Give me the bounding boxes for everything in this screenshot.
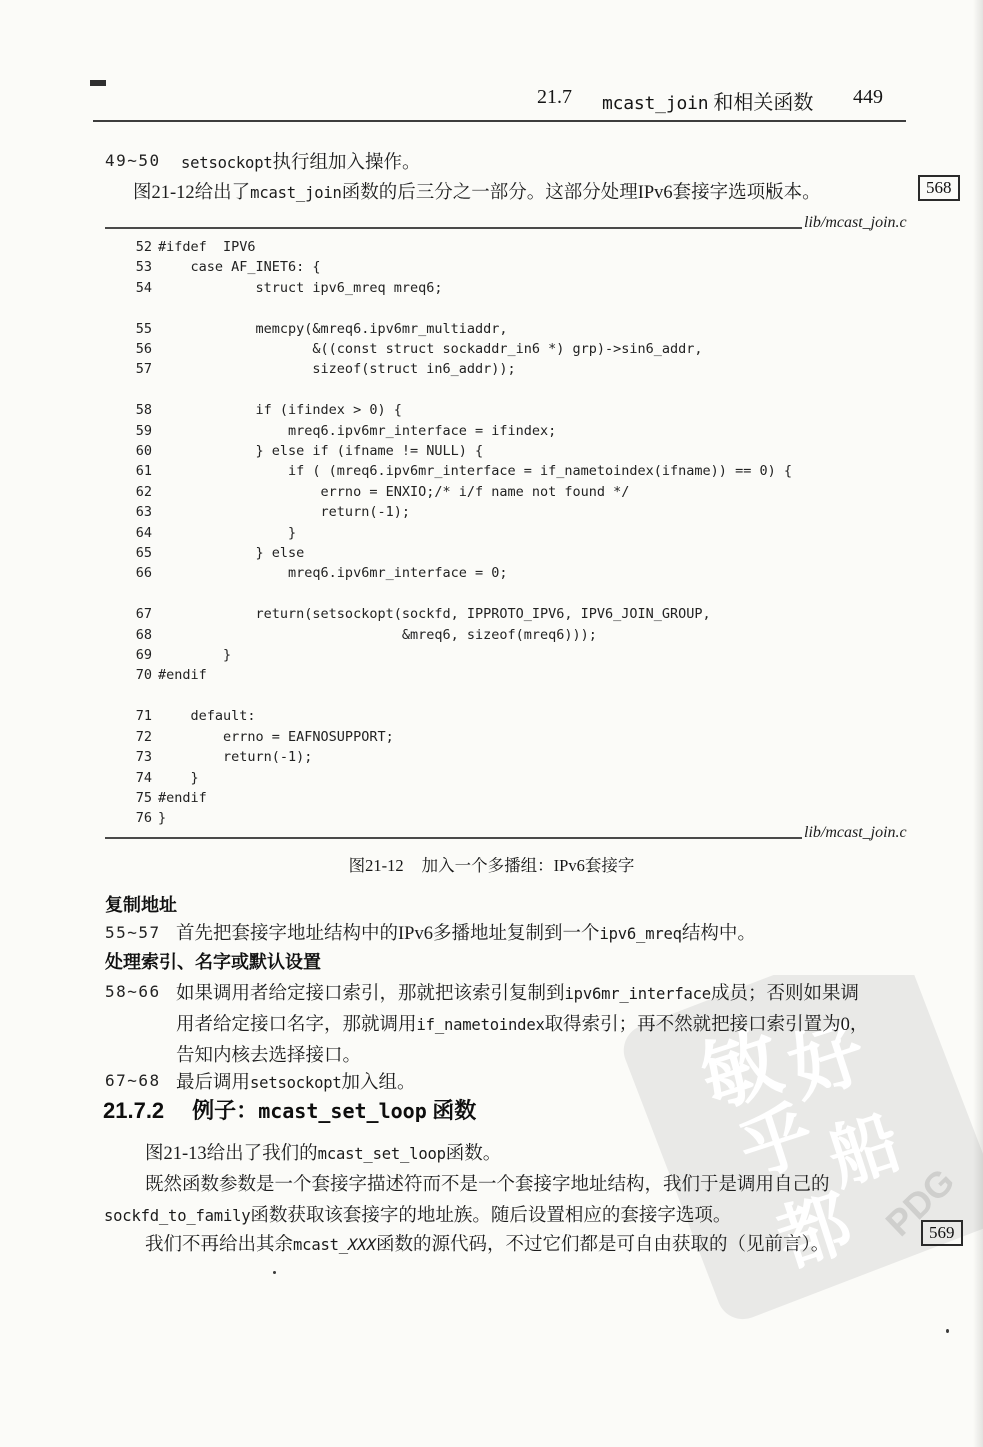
code-line: 69 } [133,645,792,665]
listing-bottom-rule [105,837,802,839]
intro-note-text: setsockopt执行组加入操作。 [181,148,421,174]
text-segment: mcast_set_loop [318,1145,446,1163]
code-line-number: 75 [133,788,152,808]
code-line: 72 errno = EAFNOSUPPORT; [133,727,792,747]
text-segment: 告知内核去选择接口。 [176,1046,361,1066]
code-line: 53 case AF_INET6: { [133,257,792,277]
text-segment: ipv6_mreq [599,925,681,943]
code-line-text: memcpy(&mreq6.ipv6mr_multiaddr, [158,319,508,339]
section-heading-title: 例子：mcast_set_loop 函数 [192,1098,476,1123]
text-segment: mcast_join [250,184,342,202]
text-segment: 执行组加入操作。 [273,153,421,173]
scan-speck [768,189,772,193]
code-line-number: 60 [133,441,152,461]
code-listing: 52 #ifdef IPV6 53 case AF_INET6: { 54 st… [133,237,792,829]
code-line: 58 if (ifindex > 0) { [133,400,792,420]
page-ref-box-568: 568 [918,175,960,201]
text-segment: 如果调用者给定接口索引，那就把该索引复制到 [176,984,565,1004]
code-line: 73 return(-1); [133,747,792,767]
text-segment: 既然函数参数是一个套接字描述符而不是一个套接字地址结构，我们于是调用自己的 [145,1175,830,1195]
code-line-text: errno = ENXIO;/* i/f name not found */ [158,482,629,502]
note2-text-line1: 如果调用者给定接口索引，那就把该索引复制到ipv6mr_interface成员；… [176,979,859,1005]
code-line-text: return(-1); [158,502,410,522]
section-paragraph-2-line1: 既然函数参数是一个套接字描述符而不是一个套接字地址结构，我们于是调用自己的 [145,1170,830,1196]
code-line: 76 } [133,808,792,828]
code-line: 71 default: [133,706,792,726]
code-line: 61 if ( (mreq6.ipv6mr_interface = if_nam… [133,461,792,481]
code-line-text: } else [158,543,304,563]
code-line: 55 memcpy(&mreq6.ipv6mr_multiaddr, [133,319,792,339]
note-heading-copy-address: 复制地址 [105,891,177,917]
code-line-text: } [158,768,199,788]
code-line-number: 67 [133,604,152,624]
text-segment: 成员；否则如果调 [711,984,859,1004]
text-segment: 函数。 [446,1144,502,1164]
scan-speck [90,80,106,86]
code-line-number: 73 [133,747,152,767]
text-segment: mcast_ [293,1236,348,1254]
code-line-text: mreq6.ipv6mr_interface = 0; [158,563,508,583]
text-segment: 最后调用 [176,1073,250,1093]
code-line-text: if ( (mreq6.ipv6mr_interface = if_nameto… [158,461,792,481]
text-segment: sockfd_to_family [104,1207,250,1225]
note2-line-ref: 58~66 [105,982,161,1001]
code-line: 60 } else if (ifname != NULL) { [133,441,792,461]
text-segment: 例子： [192,1098,258,1123]
listing-source-label-bottom: lib/mcast_join.c [804,824,907,842]
code-line-number: 54 [133,278,152,298]
code-line-number: 72 [133,727,152,747]
book-page-scan: { "header": { "section": "21.7", "title_… [0,0,983,1447]
text-segment: setsockopt [250,1074,342,1092]
scan-speck [273,1271,276,1274]
text-segment: 图21-13给出了我们的 [145,1144,318,1164]
text-segment: 结构中。 [682,924,756,944]
code-line: 52 #ifdef IPV6 [133,237,792,257]
code-line: 75 #endif [133,788,792,808]
code-line-text: } [158,523,296,543]
code-line-number: 62 [133,482,152,502]
note-heading-index-name-default: 处理索引、名字或默认设置 [105,948,321,974]
text-segment: 用者给定接口名字，那就调用 [176,1015,417,1035]
text-segment: 函数获取该套接字的地址族。随后设置相应的套接字选项。 [250,1206,731,1226]
code-line-number [133,298,152,318]
code-line-text: #ifdef IPV6 [158,237,256,257]
listing-source-label-top: lib/mcast_join.c [804,214,907,232]
section-paragraph-3: 我们不再给出其余mcast_XXX函数的源代码，不过它们都是可自由获取的（见前言… [145,1230,829,1256]
figure-caption-label: 图21-12 [349,856,404,875]
scan-speck [946,1329,949,1333]
code-line-number: 52 [133,237,152,257]
code-line-number [133,584,152,604]
code-line-number: 59 [133,421,152,441]
code-line-number [133,380,152,400]
code-line: 62 errno = ENXIO;/* i/f name not found *… [133,482,792,502]
text-segment: mcast_set_loop [258,1099,427,1123]
code-line: 57 sizeof(struct in6_addr)); [133,359,792,379]
text-segment: 图21-12给出了 [133,183,250,203]
listing-top-rule [105,227,802,229]
intro-line-ref: 49~50 [105,151,161,170]
text-segment: setsockopt [181,154,273,172]
section-heading: 21.7.2例子：mcast_set_loop 函数 [103,1094,476,1125]
code-line-number: 57 [133,359,152,379]
text-segment: XXX [348,1236,376,1254]
figure-caption-text: 加入一个多播组：IPv6套接字 [422,856,635,875]
page-edge-shading [973,0,983,1447]
code-line-number [133,686,152,706]
code-line-number: 68 [133,625,152,645]
intro-paragraph: 图21-12给出了mcast_join函数的后三分之一部分。这部分处理IPv6套… [133,178,821,204]
code-line: 74 } [133,768,792,788]
code-line: 68 &mreq6, sizeof(mreq6))); [133,625,792,645]
code-line-number: 76 [133,808,152,828]
code-line: 63 return(-1); [133,502,792,522]
code-line-number: 65 [133,543,152,563]
code-line-text: mreq6.ipv6mr_interface = ifindex; [158,421,556,441]
section-paragraph-2-line2: sockfd_to_family函数获取该套接字的地址族。随后设置相应的套接字选… [104,1201,731,1227]
code-line-text: errno = EAFNOSUPPORT; [158,727,394,747]
code-line-text: } else if (ifname != NULL) { [158,441,483,461]
code-line: 54 struct ipv6_mreq mreq6; [133,278,792,298]
text-segment: 函数的源代码，不过它们都是可自由获取的（见前言）。 [376,1235,829,1255]
header-section-number: 21.7 [537,86,572,109]
code-line-number: 71 [133,706,152,726]
code-line-number: 53 [133,257,152,277]
note3-line-ref: 67~68 [105,1071,161,1090]
code-line-text: struct ipv6_mreq mreq6; [158,278,442,298]
code-line: 66 mreq6.ipv6mr_interface = 0; [133,563,792,583]
code-line-text: #endif [158,788,207,808]
text-segment: ipv6mr_interface [565,985,711,1003]
section-heading-number: 21.7.2 [103,1098,164,1123]
code-line-number: 61 [133,461,152,481]
code-line [133,584,792,604]
text-segment: 函数的后三分之一部分。这部分处理IPv6套接字选项版本。 [342,183,821,203]
code-line: 59 mreq6.ipv6mr_interface = ifindex; [133,421,792,441]
text-segment: 首先把套接字地址结构中的IPv6多播地址复制到一个 [176,924,599,944]
code-line [133,298,792,318]
code-line-number: 74 [133,768,152,788]
code-line-text: case AF_INET6: { [158,257,321,277]
text-segment: 函数 [427,1098,477,1123]
code-line-number: 58 [133,400,152,420]
code-line-text: sizeof(struct in6_addr)); [158,359,516,379]
code-line-number: 69 [133,645,152,665]
code-line-number: 70 [133,665,152,685]
code-line [133,686,792,706]
code-line-text: &mreq6, sizeof(mreq6))); [158,625,597,645]
code-line-text: default: [158,706,256,726]
code-line-number: 55 [133,319,152,339]
header-chapter-title: mcast_join 和相关函数 [602,86,813,115]
note2-text-line2: 用者给定接口名字，那就调用if_nametoindex取得索引；再不然就把接口索… [176,1010,868,1036]
text-segment: 和相关函数 [708,92,813,114]
code-line: 67 return(setsockopt(sockfd, IPPROTO_IPV… [133,604,792,624]
section-paragraph-1: 图21-13给出了我们的mcast_set_loop函数。 [145,1139,501,1165]
note3-text: 最后调用setsockopt加入组。 [176,1068,416,1094]
text-segment: 取得索引；再不然就把接口索引置为0， [545,1015,869,1035]
code-line-number: 63 [133,502,152,522]
code-line: 65 } else [133,543,792,563]
text-segment: 我们不再给出其余 [145,1235,293,1255]
text-segment: if_nametoindex [417,1016,545,1034]
code-line [133,380,792,400]
code-line-number: 64 [133,523,152,543]
code-line-text: } [158,645,231,665]
header-rule [93,120,906,122]
note1-text: 首先把套接字地址结构中的IPv6多播地址复制到一个ipv6_mreq结构中。 [176,919,756,945]
note1-line-ref: 55~57 [105,923,161,942]
note2-text-line3: 告知内核去选择接口。 [176,1041,361,1067]
code-line: 56 &((const struct sockaddr_in6 *) grp)-… [133,339,792,359]
code-line-text: } [158,808,166,828]
code-line-number: 56 [133,339,152,359]
code-line: 70 #endif [133,665,792,685]
text-segment: mcast_join [602,93,708,114]
code-line-number: 66 [133,563,152,583]
code-line-text: if (ifindex > 0) { [158,400,402,420]
page-ref-box-569: 569 [921,1220,963,1246]
code-line-text: &((const struct sockaddr_in6 *) grp)->si… [158,339,703,359]
code-line-text: return(setsockopt(sockfd, IPPROTO_IPV6, … [158,604,711,624]
code-line-text: #endif [158,665,207,685]
code-line-text: return(-1); [158,747,312,767]
code-line: 64 } [133,523,792,543]
text-segment: 加入组。 [342,1073,416,1093]
header-page-number: 449 [853,86,883,109]
figure-caption: 图21-12加入一个多播组：IPv6套接字 [0,852,983,876]
